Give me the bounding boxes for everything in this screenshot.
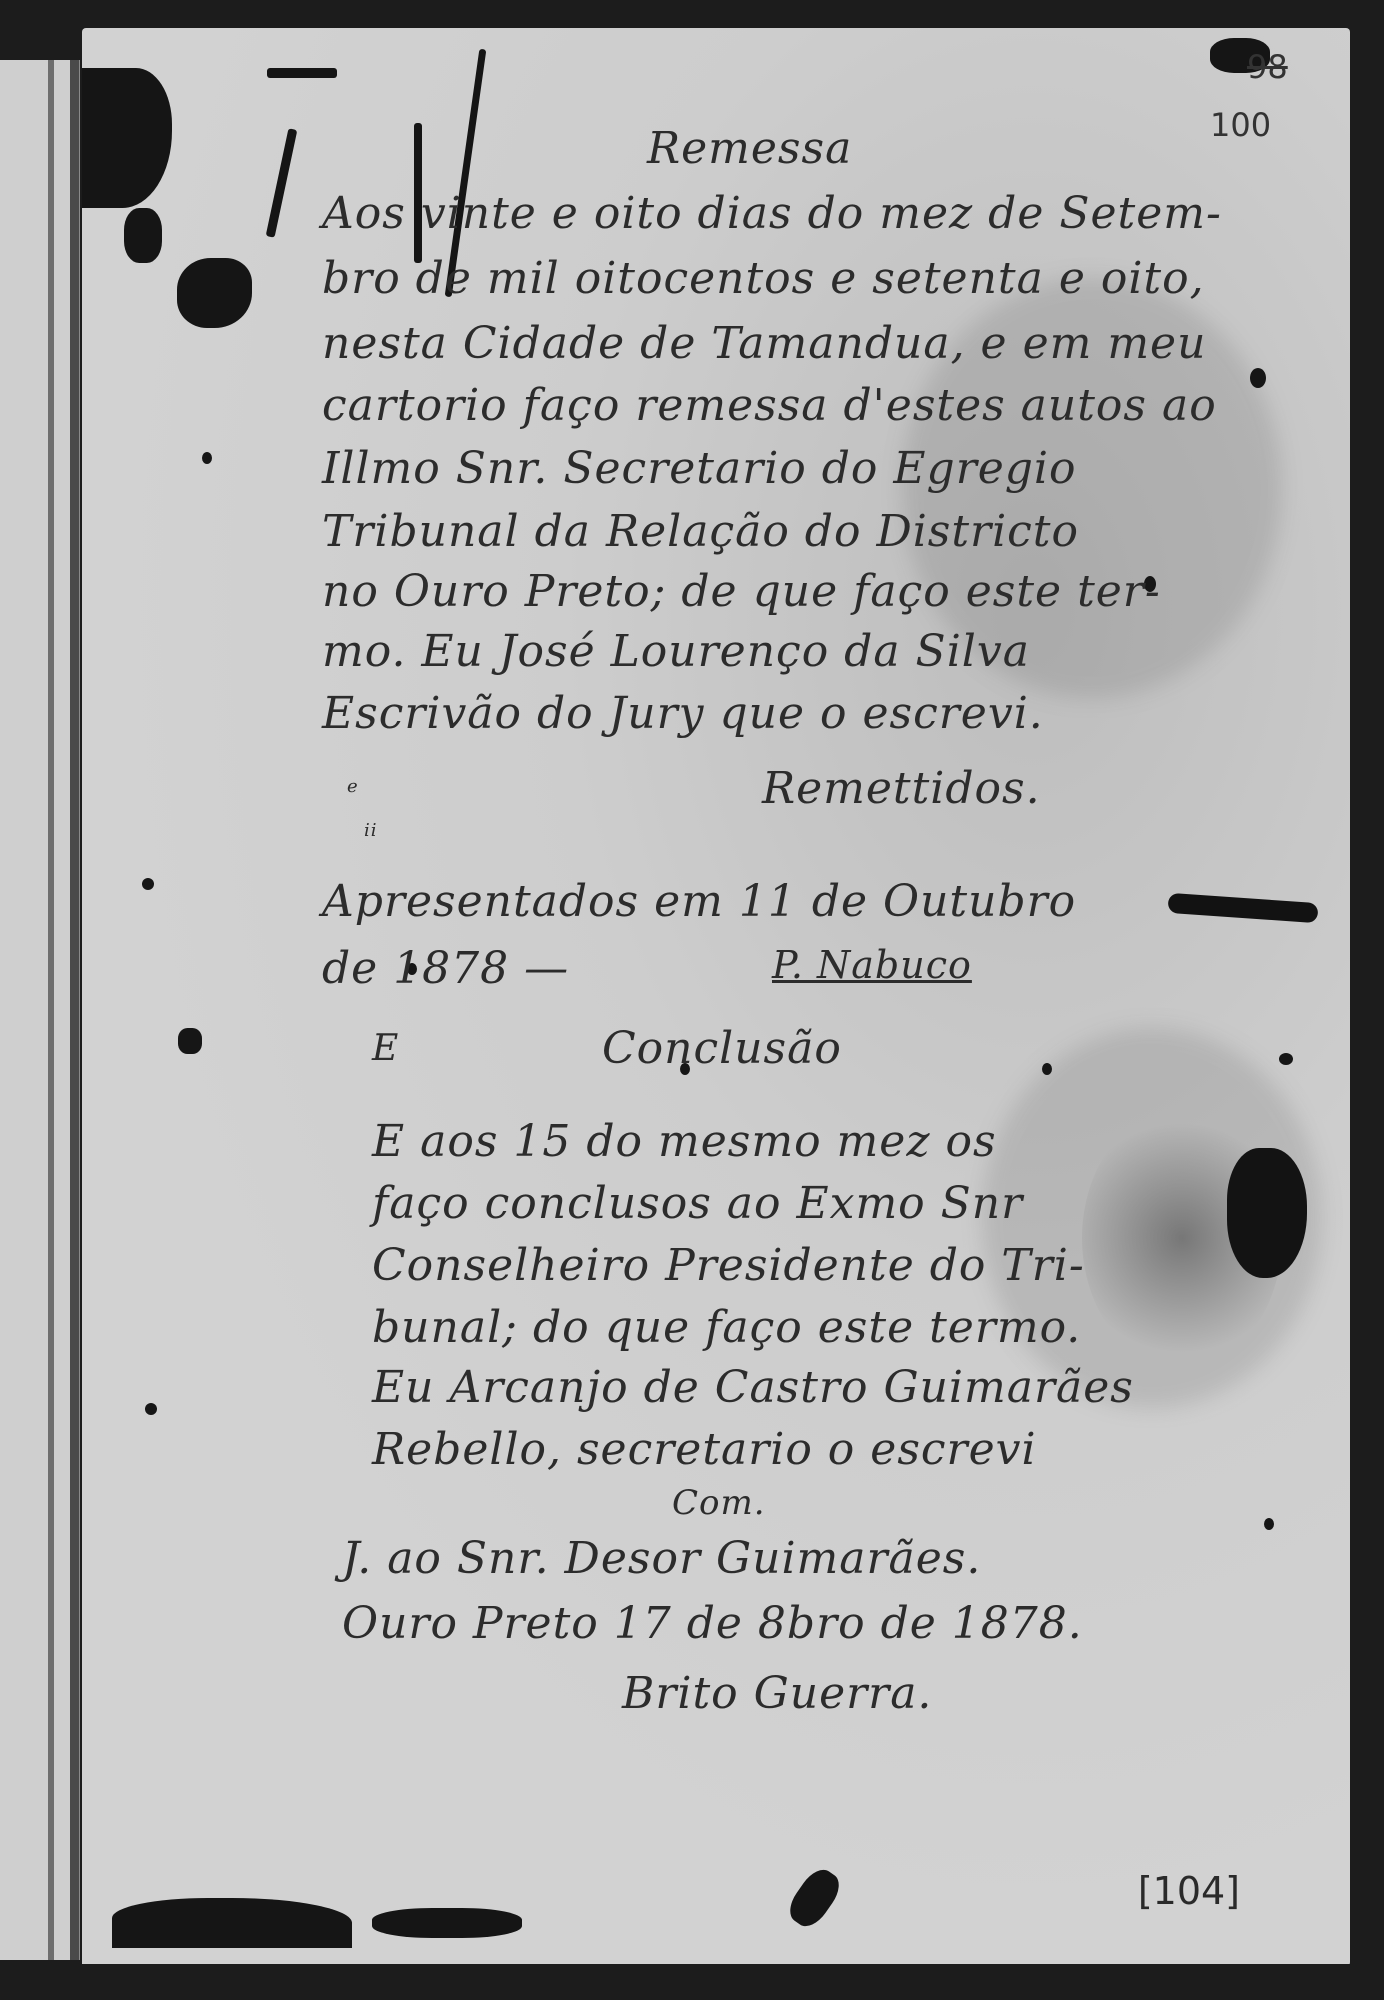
- ink-damage: [177, 258, 252, 328]
- text-line: cartorio faço remessa d'estes autos ao: [322, 380, 1217, 431]
- ink-dot: [145, 1403, 157, 1415]
- ink-dot: [1279, 1053, 1293, 1065]
- crack-mark: [266, 128, 298, 237]
- ink-damage: [1227, 1148, 1307, 1278]
- text-line: no Ouro Preto; de que faço este ter-: [322, 566, 1161, 617]
- ink-damage: [783, 1863, 846, 1932]
- text-line: faço conclusos ao Exmo Snr: [372, 1178, 1023, 1229]
- ink-dot: [1264, 1518, 1274, 1530]
- ink-damage: [112, 1898, 352, 1948]
- text-line: Illmo Snr. Secretario do Egregio: [322, 443, 1077, 494]
- ink-dot: [1250, 368, 1266, 388]
- signature-brito-guerra: Brito Guerra.: [622, 1668, 932, 1719]
- margin-mark-e: E: [372, 1028, 399, 1069]
- margin-mark: e: [347, 776, 359, 797]
- text-line: Tribunal da Relação do Districto: [322, 506, 1079, 557]
- section-heading-conclusao: Conclusão: [602, 1023, 842, 1074]
- text-line: Apresentados em 11 de Outubro: [322, 876, 1076, 927]
- text-line: Aos vinte e oito dias do mez de Setem-: [322, 188, 1222, 239]
- note-com: Com.: [672, 1483, 766, 1523]
- text-line: mo. Eu José Lourenço da Silva: [322, 626, 1030, 677]
- closing-remettidos: Remettidos.: [762, 763, 1041, 814]
- text-line: J. ao Snr. Desor Guimarães.: [342, 1533, 981, 1584]
- text-line: Eu Arcanjo de Castro Guimarães: [372, 1362, 1134, 1413]
- folio-number: 100: [1210, 106, 1271, 144]
- text-line: de 1878 —: [322, 943, 569, 994]
- text-line: Rebello, secretario o escrevi: [372, 1424, 1037, 1475]
- text-line: Conselheiro Presidente do Tri-: [372, 1240, 1085, 1291]
- section-heading-remessa: Remessa: [647, 123, 852, 174]
- ink-dot: [1042, 1063, 1052, 1075]
- archive-page-number: [104]: [1138, 1869, 1240, 1913]
- text-line: bro de mil oitocentos e setenta e oito,: [322, 253, 1205, 304]
- ink-damage: [1167, 893, 1318, 923]
- text-line: bunal; do que faço este termo.: [372, 1302, 1081, 1353]
- ink-damage: [82, 68, 172, 208]
- text-line: E aos 15 do mesmo mez os: [372, 1116, 997, 1167]
- text-line: nesta Cidade de Tamandua, e em meu: [322, 318, 1206, 369]
- folio-crossed-out: 98: [1247, 48, 1288, 86]
- ink-damage: [124, 208, 162, 263]
- ink-damage: [372, 1908, 522, 1938]
- ink-damage: [178, 1028, 202, 1054]
- signature-nabuco: P. Nabuco: [772, 943, 972, 987]
- text-line: Escrivão do Jury que o escrevi.: [322, 688, 1044, 739]
- adjacent-page-edge: [0, 60, 80, 1960]
- crack-mark: [267, 68, 337, 78]
- binding-line: [70, 60, 79, 1960]
- scan-border: [82, 1964, 1350, 2000]
- text-line: Ouro Preto 17 de 8bro de 1878.: [342, 1598, 1083, 1649]
- margin-mark: ii: [364, 820, 378, 841]
- binding-line: [48, 60, 54, 1960]
- manuscript-page: 98 100 Remessa Aos vinte e oito dias do …: [82, 28, 1350, 1968]
- ink-dot: [142, 878, 154, 890]
- ink-dot: [202, 452, 212, 464]
